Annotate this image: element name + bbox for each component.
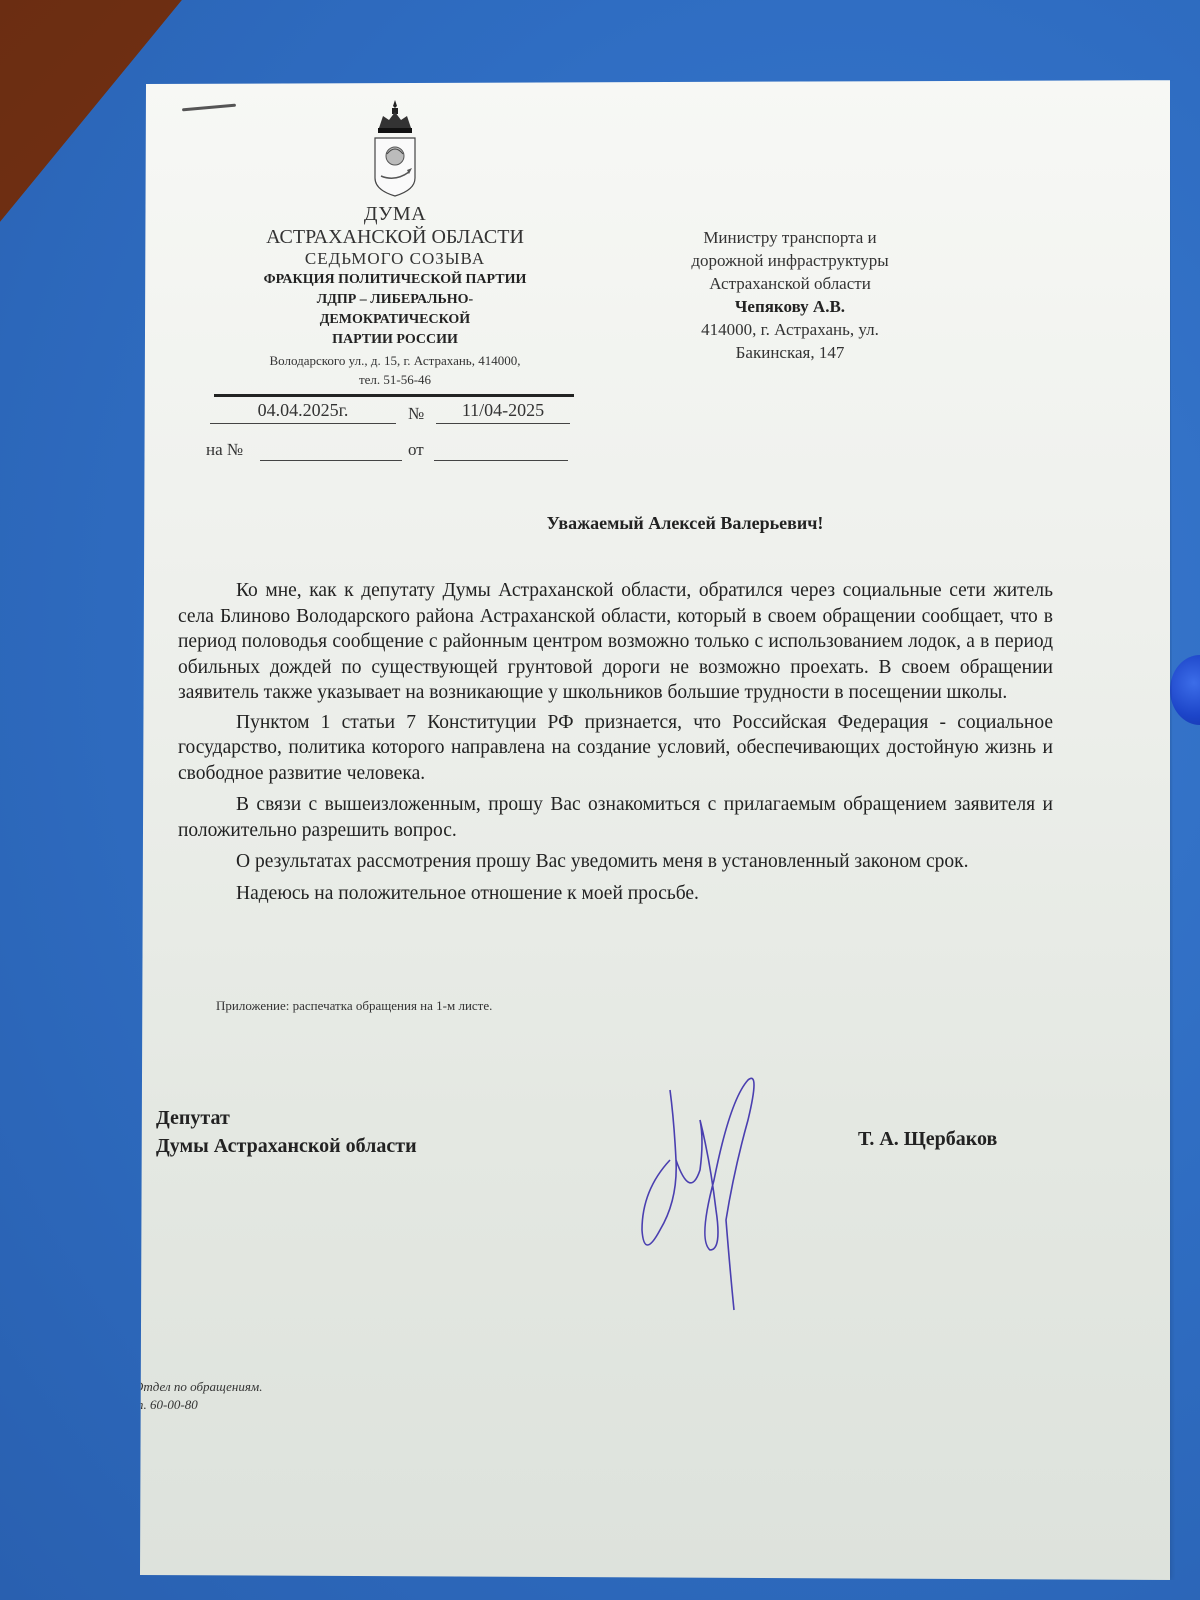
ref-date-blank [434,460,568,461]
faction-line: ФРАКЦИЯ ПОЛИТИЧЕСКОЙ ПАРТИИ [210,270,580,290]
body-paragraph: О результатах рассмотрения прошу Вас уве… [178,849,1053,875]
ref-number-blank [260,460,402,461]
org-convocation: СЕДЬМОГО СОЗЫВА [210,248,580,270]
letterhead-divider [214,394,574,397]
addressee-line: Астраханской области [640,272,940,295]
letterhead: ДУМА АСТРАХАНСКОЙ ОБЛАСТИ СЕДЬМОГО СОЗЫВ… [210,98,580,388]
ref-date-label: от [408,440,424,460]
registration-row: 04.04.2025г. № 11/04-2025 [210,398,570,432]
signatory-title: Депутат Думы Астраханской области [156,1104,417,1160]
footer-department: Отдел по обращениям. [134,1378,262,1396]
attachment-note: Приложение: распечатка обращения на 1-м … [216,998,492,1014]
org-name-line-1: ДУМА [210,202,580,226]
faction-line: ЛДПР – ЛИБЕРАЛЬНО- [210,290,580,310]
addressee-line: Министру транспорта и [640,226,940,249]
faction-line: ПАРТИИ РОССИИ [210,330,580,350]
body-paragraph: Надеюсь на положительное отношение к мое… [178,881,1053,907]
signatory-title-line: Думы Астраханской области [156,1132,417,1160]
addressee-block: Министру транспорта и дорожной инфрастру… [640,226,940,364]
body-paragraph: В связи с вышеизложенным, прошу Вас озна… [178,792,1053,843]
org-phone: тел. 51-56-46 [210,371,580,388]
signatory-name: Т. А. Щербаков [858,1128,997,1151]
outgoing-date: 04.04.2025г. [210,400,396,424]
addressee-address: Бакинская, 147 [640,341,940,364]
salutation: Уважаемый Алексей Валерьевич! [375,513,995,534]
letter-body: Ко мне, как к депутату Думы Астраханской… [178,578,1053,906]
footer-contact: Отдел по обращениям. т. 60-00-80 [134,1378,262,1414]
faction-line: ДЕМОКРАТИЧЕСКОЙ [210,310,580,330]
org-address: Володарского ул., д. 15, г. Астрахань, 4… [210,352,580,369]
addressee-address: 414000, г. Астрахань, ул. [640,318,940,341]
outgoing-number: 11/04-2025 [436,400,570,424]
handwritten-signature-icon [630,1060,810,1320]
addressee-line: дорожной инфраструктуры [640,249,940,272]
astrakhan-coat-of-arms-icon [365,98,425,198]
org-name-line-2: АСТРАХАНСКОЙ ОБЛАСТИ [210,226,580,248]
letter-sheet: ДУМА АСТРАХАНСКОЙ ОБЛАСТИ СЕДЬМОГО СОЗЫВ… [140,80,1170,1580]
number-label: № [408,404,424,424]
body-paragraph: Ко мне, как к депутату Думы Астраханской… [178,578,1053,706]
addressee-name: Чепякову А.В. [640,295,940,318]
body-paragraph: Пунктом 1 статьи 7 Конституции РФ призна… [178,710,1053,787]
ref-number-label: на № [206,440,243,460]
footer-phone: т. 60-00-80 [134,1396,262,1414]
signatory-title-line: Депутат [156,1104,417,1132]
